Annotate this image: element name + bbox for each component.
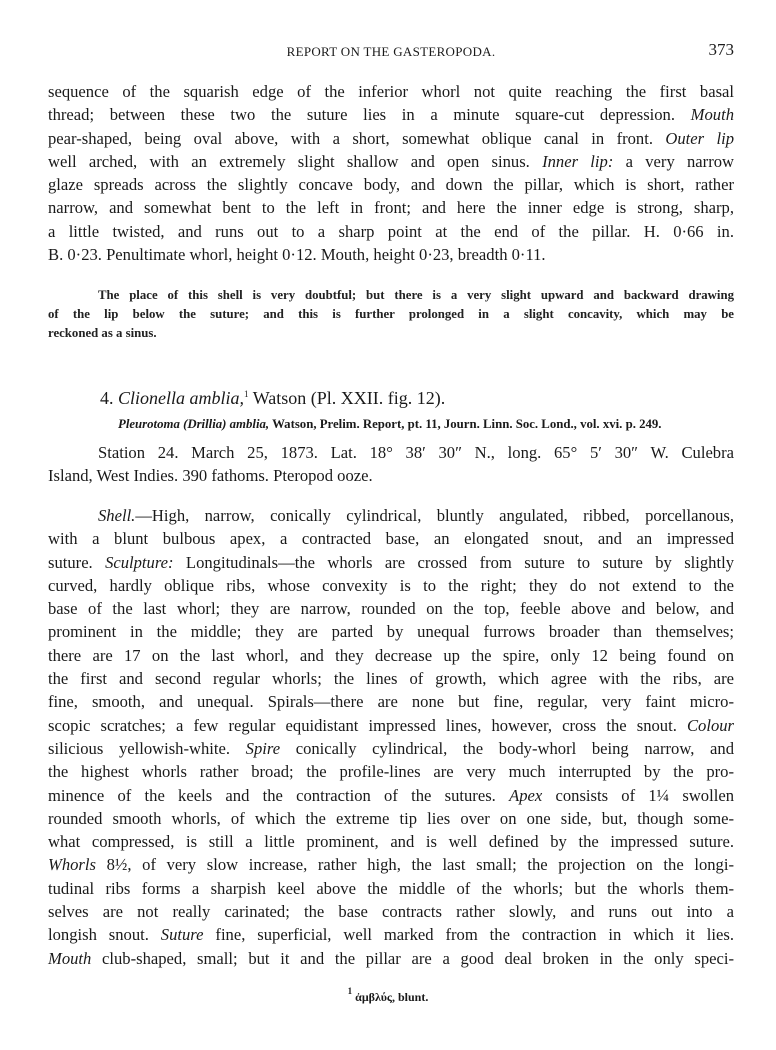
text-line: what compressed, is still a little promi… (48, 830, 734, 853)
term-mouth: Mouth (48, 949, 91, 968)
station-paragraph: Station 24. March 25, 1873. Lat. 18° 38′… (48, 441, 734, 488)
term-spire: Spire (246, 739, 280, 758)
term-colour: Colour (687, 716, 734, 735)
term-shell: Shell. (98, 506, 135, 525)
text-line: B. 0·23. Penultimate whorl, height 0·12.… (48, 243, 734, 266)
term-mouth: Mouth (691, 105, 734, 124)
text-line: glaze spreads across the slightly concav… (48, 173, 734, 196)
footnote-text: ἀμβλύς, blunt. (355, 990, 428, 1004)
footnote-marker: 1 (348, 986, 353, 996)
running-head: REPORT ON THE GASTEROPODA. (48, 44, 734, 60)
text-line: of the lip below the suture; and this is… (48, 305, 734, 324)
species-number: 4. (100, 388, 114, 408)
text-line: rounded smooth whorls, of which the extr… (48, 807, 734, 830)
synonym-species: amblia, (230, 417, 269, 431)
text-line: longish snout. Suture fine, superficial,… (48, 923, 734, 946)
text-line: thread; between these two the suture lie… (48, 103, 734, 126)
text-line: with a blunt bulbous apex, a contracted … (48, 527, 734, 550)
species-heading: 4. Clionella amblia,1 Watson (Pl. XXII. … (48, 386, 776, 410)
continuation-paragraph: sequence of the squarish edge of the inf… (48, 80, 734, 266)
text-line: Shell.—High, narrow, conically cylindric… (48, 504, 734, 527)
text-line: the highest whorls rather broad; the pro… (48, 760, 734, 783)
text-line: curved, hardly oblique ribs, whose conve… (48, 574, 734, 597)
text-line: scopic scratches; a few regular equidist… (48, 714, 734, 737)
text-line: Whorls 8½, of very slow increase, rather… (48, 853, 734, 876)
text-line: tudinal ribs forms a sharpish keel above… (48, 877, 734, 900)
text-line: Island, West Indies. 390 fathoms. Pterop… (48, 464, 734, 487)
species-name: Clionella amblia, (118, 388, 244, 408)
term-suture: Suture (161, 925, 204, 944)
species-author-plate: Watson (Pl. XXII. fig. 12). (253, 388, 446, 408)
text-line: well arched, with an extremely slight sh… (48, 150, 734, 173)
text-line: silicious yellowish-white. Spire conical… (48, 737, 734, 760)
footnote: 1 ἀμβλύς, blunt. (0, 990, 776, 1005)
description-paragraph: Shell.—High, narrow, conically cylindric… (48, 504, 734, 970)
page-header: REPORT ON THE GASTEROPODA. 373 (48, 40, 734, 64)
term-sculpture: Sculpture: (105, 553, 174, 572)
text-line: there are 17 on the last whorl, and they… (48, 644, 734, 667)
footnote-reference[interactable]: 1 (244, 389, 249, 399)
text-line: sequence of the squarish edge of the inf… (48, 80, 734, 103)
text-line: Station 24. March 25, 1873. Lat. 18° 38′… (48, 441, 734, 464)
term-outer-lip: Outer lip (665, 129, 734, 148)
synonym-genus: Pleurotoma (118, 417, 180, 431)
term-whorls: Whorls (48, 855, 96, 874)
text-line: selves are not really carinated; the bas… (48, 900, 734, 923)
text-line: a little twisted, and runs out to a shar… (48, 220, 734, 243)
synonym-reference: Watson, Prelim. Report, pt. 11, Journ. L… (272, 417, 661, 431)
text-line: pear-shaped, being oval above, with a sh… (48, 127, 734, 150)
text-line: fine, smooth, and unequal. Spirals—there… (48, 690, 734, 713)
term-apex: Apex (509, 786, 542, 805)
text-line: Mouth club-shaped, small; but it and the… (48, 947, 734, 970)
text-line: the first and second regular whorls; the… (48, 667, 734, 690)
page-number: 373 (709, 40, 735, 60)
synonym-subgenus: (Drillia) (183, 417, 226, 431)
text-line: minence of the keels and the contraction… (48, 784, 734, 807)
text-line: suture. Sculpture: Longitudinals—the who… (48, 551, 734, 574)
text-line: reckoned as a sinus. (48, 324, 734, 343)
term-inner-lip: Inner lip: (542, 152, 613, 171)
note-paragraph: The place of this shell is very doubtful… (48, 286, 734, 343)
text-line: base of the last whorl; they are narrow,… (48, 597, 734, 620)
text-line: The place of this shell is very doubtful… (48, 286, 734, 305)
synonym-line: Pleurotoma (Drillia) amblia, Watson, Pre… (48, 414, 776, 434)
text-line: prominent in the middle; they are parted… (48, 620, 734, 643)
text-line: narrow, and somewhat bent to the left in… (48, 196, 734, 219)
